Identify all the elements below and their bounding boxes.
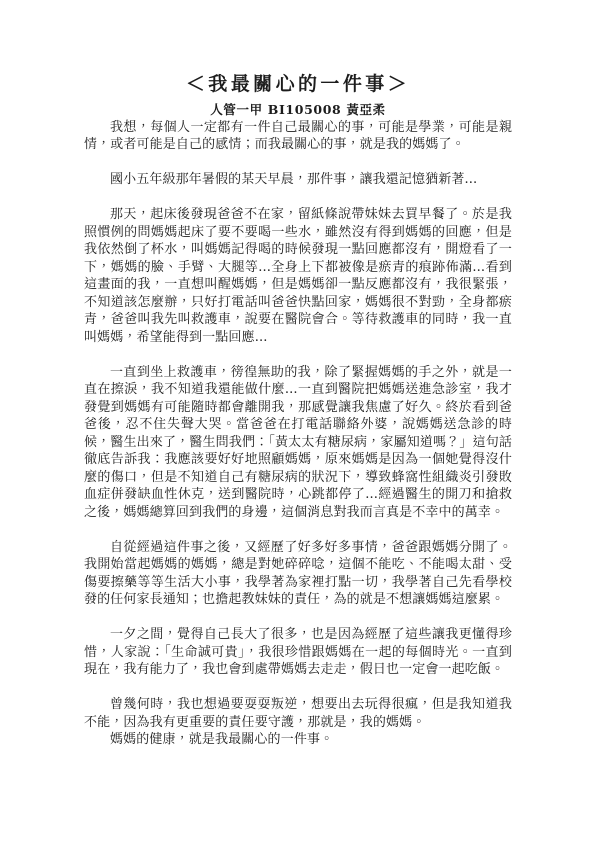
essay-paragraph: 自從經過這件事之後，又經歷了好多好多事情，爸爸跟媽媽分開了。我開始當起媽媽的媽媽… (84, 539, 512, 609)
essay-paragraph: 一直到坐上救護車，徬徨無助的我，除了緊握媽媽的手之外，就是一直在擦淚，我不知道我… (84, 364, 512, 522)
essay-paragraph: 曾幾何時，我也想過要耍耍叛逆，想要出去玩得很瘋，但是我知道我不能，因為我有更重要… (84, 696, 512, 731)
essay-paragraph: 媽媽的健康，就是我最關心的一件事。 (84, 731, 512, 749)
essay-paragraph: 我想，每個人一定都有一件自己最關心的事，可能是學業，可能是親情，或者可能是自己的… (84, 119, 512, 154)
essay-body: 我想，每個人一定都有一件自己最關心的事，可能是學業，可能是親情，或者可能是自己的… (84, 119, 512, 749)
document-page: ＜我最關心的一件事＞ 人管一甲 BI105008 黃亞柔 我想，每個人一定都有一… (0, 0, 596, 842)
essay-paragraph: 那天，起床後發現爸爸不在家，留紙條說帶妹妹去買早餐了。於是我照慣例的問媽媽起床了… (84, 206, 512, 346)
essay-paragraph: 一夕之間，覺得自己長大了很多，也是因為經歷了這些讓我更懂得珍惜，人家說：「生命誠… (84, 626, 512, 679)
essay-paragraph: 國小五年級那年暑假的某天早晨，那件事，讓我還記憶猶新著... (84, 171, 512, 189)
essay-title: ＜我最關心的一件事＞ (84, 72, 512, 97)
essay-byline: 人管一甲 BI105008 黃亞柔 (84, 101, 512, 119)
